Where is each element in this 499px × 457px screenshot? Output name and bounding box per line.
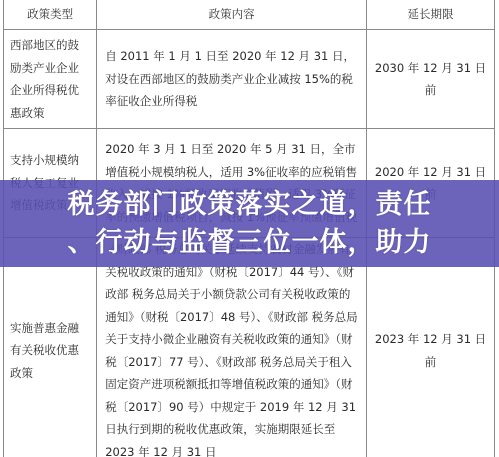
cell-policy-content: 自 2011 年 1 月 1 日至 2020 年 12 月 31 日，对设在西部… [97,30,367,129]
table-header-row: 政策类型 政策内容 延长期限 [4,0,495,30]
table-row: 实施普惠金融有关税收优惠政策 《财政部 税务总局关于延续支持农村金融发展有关税收… [4,238,495,457]
header-policy-type: 政策类型 [4,0,97,30]
cell-policy-content: 《财政部 税务总局关于延续支持农村金融发展有关税收政策的通知》（财税〔2017〕… [97,238,367,457]
banner-title-line-1: 税务部门政策落实之道，责任 [68,186,432,224]
header-policy-content: 政策内容 [97,0,367,30]
cell-deadline: 2030 年 12 月 31 日前 [367,30,495,129]
header-extension-deadline: 延长期限 [367,0,495,30]
cell-deadline: 2023 年 12 月 31 日前 [367,238,495,457]
table-row: 西部地区的鼓励类产业企业企业所得税优惠政策 自 2011 年 1 月 1 日至 … [4,30,495,129]
title-banner-overlay: 税务部门政策落实之道，责任 、行动与监督三位一体，助力 [0,180,499,267]
cell-policy-type: 西部地区的鼓励类产业企业企业所得税优惠政策 [4,30,97,129]
banner-title-line-2: 、行动与监督三位一体，助力 [68,224,432,262]
cell-policy-type: 实施普惠金融有关税收优惠政策 [4,238,97,457]
